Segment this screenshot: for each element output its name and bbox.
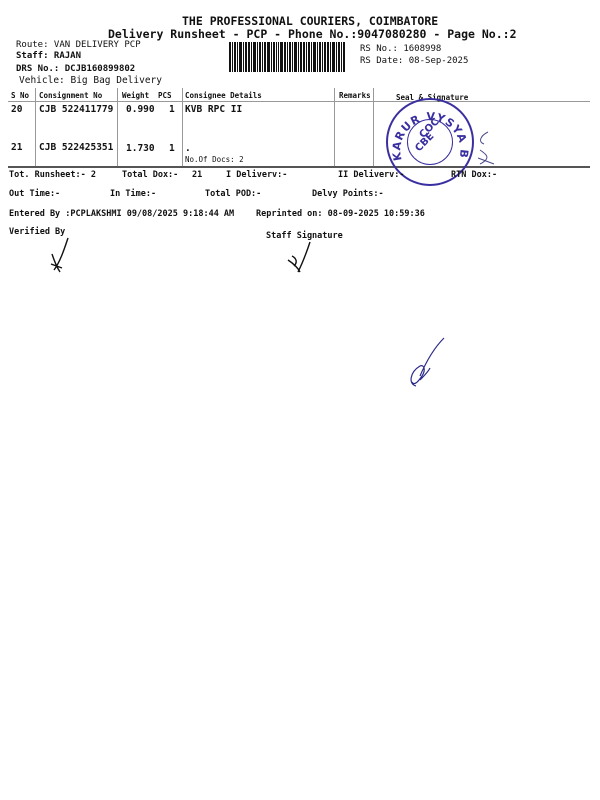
staff-signature bbox=[286, 240, 314, 276]
drs-number: DRS No.: DCJB160899802 bbox=[16, 64, 135, 74]
i-delivery: I Deliverv:- bbox=[226, 170, 287, 180]
column-divider bbox=[117, 88, 118, 166]
in-time: In Time:- bbox=[110, 189, 156, 199]
rs-number: RS No.: 1608998 bbox=[360, 44, 441, 54]
column-divider bbox=[182, 88, 183, 166]
route-label: Route: VAN DELIVERY PCP bbox=[16, 40, 141, 50]
verified-signature bbox=[48, 236, 72, 276]
svg-text:KARUR VYSYA B: KARUR VYSYA B bbox=[390, 110, 471, 162]
row-consignment: CJB 522411779 bbox=[39, 104, 113, 115]
vehicle-label: Vehicle: Big Bag Delivery bbox=[19, 75, 162, 86]
stamp-signature-scribble bbox=[474, 128, 498, 168]
row-weight: 0.990 bbox=[126, 104, 155, 115]
column-divider bbox=[35, 88, 36, 166]
out-time: Out Time:- bbox=[9, 189, 60, 199]
table-header-divider bbox=[8, 101, 590, 102]
row-docs-note: No.Of Docs: 2 bbox=[185, 155, 244, 164]
entered-by: Entered By :PCPLAKSHMI 09/08/2025 9:18:4… bbox=[9, 209, 234, 219]
row-sno: 20 bbox=[11, 104, 22, 115]
rtn-dox: RTN Dox:- bbox=[451, 170, 497, 180]
receiver-signature bbox=[404, 336, 448, 390]
table-bottom-divider bbox=[8, 166, 590, 168]
row-pcs: 1 bbox=[169, 104, 175, 115]
row-sno: 21 bbox=[11, 142, 22, 153]
reprinted-on: Reprinted on: 08-09-2025 10:59:36 bbox=[256, 209, 425, 219]
row-consignee: KVB RPC II bbox=[185, 104, 242, 115]
tot-runsheet: Tot. Runsheet:- 2 bbox=[9, 170, 96, 180]
col-header-consignment: Consignment No bbox=[39, 91, 102, 100]
staff-label: Staff: RAJAN bbox=[16, 51, 81, 61]
rs-date: RS Date: 08-Sep-2025 bbox=[360, 56, 468, 66]
col-header-pcs: PCS bbox=[158, 91, 172, 100]
ii-delivery: II Deliverv:- bbox=[338, 170, 405, 180]
col-header-sno: S No bbox=[11, 91, 29, 100]
total-dox-value: 21 bbox=[192, 170, 202, 180]
total-dox-label: Total Dox:- bbox=[122, 170, 178, 180]
row-consignee: . bbox=[185, 143, 191, 154]
col-header-consignee: Consignee Details bbox=[185, 91, 262, 100]
company-title: THE PROFESSIONAL COURIERS, COIMBATORE bbox=[182, 14, 438, 28]
column-divider bbox=[373, 88, 374, 166]
col-header-remarks: Remarks bbox=[339, 91, 371, 100]
row-weight: 1.730 bbox=[126, 143, 155, 154]
column-divider bbox=[334, 88, 335, 166]
barcode bbox=[229, 42, 355, 72]
delvy-points: Delvy Points:- bbox=[312, 189, 384, 199]
col-header-weight: Weight bbox=[122, 91, 149, 100]
total-pod: Total POD:- bbox=[205, 189, 261, 199]
row-pcs: 1 bbox=[169, 143, 175, 154]
row-consignment: CJB 522425351 bbox=[39, 142, 113, 153]
runsheet-subtitle: Delivery Runsheet - PCP - Phone No.:9047… bbox=[108, 27, 517, 41]
